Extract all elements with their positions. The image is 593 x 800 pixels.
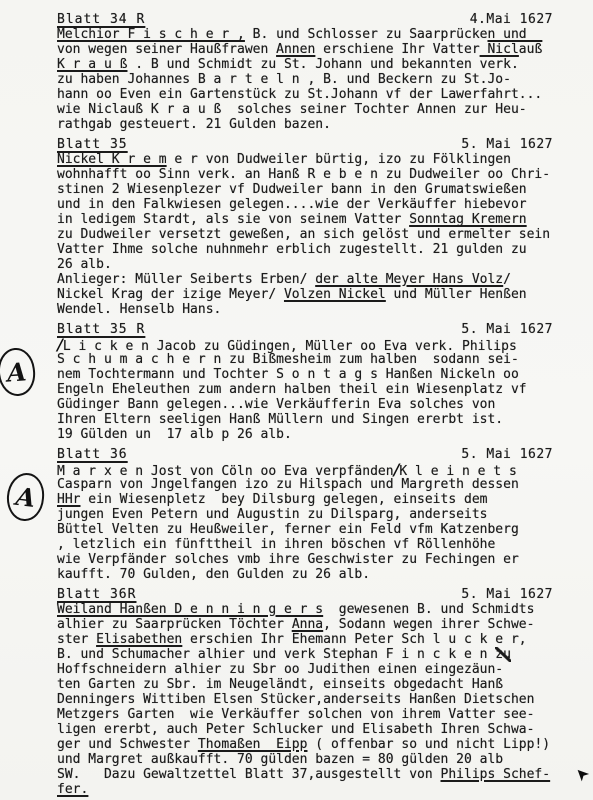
entry-line: wie Verpfänder solches vmb ihre Geschwis… xyxy=(57,552,553,567)
text-run: nem Tochtermann und Tochter S o n t a g … xyxy=(57,367,519,382)
text-run: / xyxy=(503,272,511,287)
text-run: 19 Gülden un 17 alb p 26 alb. xyxy=(57,427,292,442)
text-run: 26 alb. xyxy=(57,257,112,272)
text-run: Ihren Eltern seeligen Hanß Müllern und S… xyxy=(57,412,503,427)
text-run: sein xyxy=(511,227,550,242)
text-run: und Margret außkaufft. 70 gülden bazen =… xyxy=(57,752,503,767)
entry-line: Hoffschneidern alhier zu Sbr oo Judithen… xyxy=(57,662,553,677)
text-run: Volzen Nickel xyxy=(284,287,386,302)
entry-line: B. und Schumacher alhier und verk Stepha… xyxy=(57,647,553,662)
text-run: B. und Schumacher alhier und verk Stepha… xyxy=(57,647,495,662)
entry-line: Weiland Hanßen D e n n i n g e r s gewes… xyxy=(57,602,553,617)
text-run: Nickel Krag der izige Meyer/ xyxy=(57,287,284,302)
entry-line: kaufft. 70 Gulden, den Gulden zu 26 alb. xyxy=(57,567,553,582)
text-run: und Müller Henßen xyxy=(386,287,527,302)
text-run: Anlieger: Müller Seiberts Erben/ xyxy=(57,272,315,287)
entries: Blatt 34 R4.Mai 1627Melchior F i s c h e… xyxy=(57,12,553,800)
text-run: wie Verpfänder solches vmb ihre Geschwis… xyxy=(57,552,519,567)
entry-line: Denningers Wittiben Elsen Stücker,anders… xyxy=(57,692,553,707)
entry-date: 5. Mai 1627 xyxy=(461,447,553,462)
entry-date: 5. Mai 1627 xyxy=(461,587,553,602)
text-run: Vatter Ihme solche nuhnmehr erblich zuge… xyxy=(57,242,527,257)
register-entry: Blatt 36R5. Mai 1627Weiland Hanßen D e n… xyxy=(57,587,553,797)
entry-line: HHr ein Wiesenpletz bey Dilsburg gelegen… xyxy=(57,492,553,507)
scanned-register-page: Blatt 34 R4.Mai 1627Melchior F i s c h e… xyxy=(0,0,593,800)
text-run: Nickel K r e m xyxy=(57,152,167,167)
register-entry: Blatt 355. Mai 1627Nickel K r e m e r vo… xyxy=(57,137,553,317)
entry-line: 26 alb. xyxy=(57,257,553,272)
entry-heading: Blatt 34 R xyxy=(57,12,145,27)
handwritten-circled-a-mark-1: A xyxy=(0,346,38,398)
entry-line: in ledigem Stardt, als sie von seinem Va… xyxy=(57,212,553,227)
text-run: , Sodann wegen ihrer Schwe- xyxy=(323,617,534,632)
handwritten-arrow-icon: ➤ xyxy=(570,759,593,785)
entry-line: Engeln Eheleuthen zum andern halben thei… xyxy=(57,382,553,397)
register-entry: Blatt 365. Mai 1627M a r x e n Jost von … xyxy=(57,447,553,582)
entry-line: wohnhafft oo Sinn verk. an Hanß R e b e … xyxy=(57,167,553,182)
text-run: Annen xyxy=(276,42,315,57)
register-entry: Blatt 34 R4.Mai 1627Melchior F i s c h e… xyxy=(57,12,553,132)
text-run: Güdinger Bann gelegen...wie Verkäufferin… xyxy=(57,397,495,412)
entry-header: Blatt 35 R5. Mai 1627 xyxy=(57,322,553,337)
text-run: zu Dudweiler versetzt geweßen, an sich g… xyxy=(57,227,417,242)
text-run: Elisabethen xyxy=(96,632,182,647)
entry-heading: Blatt 36R xyxy=(57,587,136,602)
text-run: ger und Schwester xyxy=(57,737,198,752)
text-run: ligen ererbt, auch Peter Schlucker und E… xyxy=(57,722,534,737)
entry-line: Casparn von Jngelfangen izo zu Hilspach … xyxy=(57,477,553,492)
entry-line: S c h u m a c h e r n zu Bißmesheim zum … xyxy=(57,352,553,367)
entry-date: 4.Mai 1627 xyxy=(470,12,553,27)
text-run: SW. Dazu Gewaltzettel Blatt 37,ausgestel… xyxy=(57,767,441,782)
entry-line: nem Tochtermann und Tochter S o n t a g … xyxy=(57,367,553,382)
text-run: Anna xyxy=(292,617,323,632)
entry-line: Büttel Velten zu Heußweiler, ferner ein … xyxy=(57,522,553,537)
text-run: erschien Ihr Ehemann Peter Sch l u c k e… xyxy=(182,632,526,647)
entry-line: Nickel Krag der izige Meyer/ Volzen Nick… xyxy=(57,287,553,302)
text-run: Sonntag Kremern xyxy=(409,212,526,227)
text-run: zu xyxy=(495,647,511,662)
entry-line: rathgab gesteuert. 21 Gulden bazen. xyxy=(57,117,553,132)
entry-line: zu haben Johannes B a r t e l n , B. und… xyxy=(57,72,553,87)
text-run: K r a u ß xyxy=(57,57,127,72)
entry-heading: Blatt 35 R xyxy=(57,322,145,337)
entry-line: Güdinger Bann gelegen...wie Verkäufferin… xyxy=(57,397,553,412)
text-run: Weiland Hanßen D e n n i n g e r s xyxy=(57,602,323,617)
entry-line: ten Garten zu Sbr. im Neugeländt, einsei… xyxy=(57,677,553,692)
text-run: rathgab gesteuert. 21 Gulden bazen. xyxy=(57,117,331,132)
entry-line: Wendel. Henselb Hans. xyxy=(57,302,553,317)
text-run: gewesenen B. und Schmidts xyxy=(323,602,534,617)
text-run: , letzlich ein fünfttheil in ihren bösch… xyxy=(57,537,495,552)
text-run: stinen 2 Wiesenplezer vf Dudweiler bann … xyxy=(57,182,527,197)
entry-header: Blatt 36R5. Mai 1627 xyxy=(57,587,553,602)
entry-heading: Blatt 36 xyxy=(57,447,128,462)
text-run: . B und Schmidt zu St. Johann und bekann… xyxy=(127,57,479,72)
text-run: ten Garten zu Sbr. im Neugeländt, einsei… xyxy=(57,677,503,692)
entry-line: ligen ererbt, auch Peter Schlucker und E… xyxy=(57,722,553,737)
text-run: erschiene Ihr Vatter xyxy=(315,42,487,57)
text-run: wie Niclauß K r a u ß solches seiner Toc… xyxy=(57,102,527,117)
text-run: Niclauß xyxy=(487,42,542,57)
entry-line: jungen Even Petern und Augustin zu Dilsp… xyxy=(57,507,553,522)
text-run: kaufft. 70 Gulden, den Gulden zu 26 alb. xyxy=(57,567,370,582)
entry-line: ster Elisabethen erschien Ihr Ehemann Pe… xyxy=(57,632,553,647)
entry-line: hann oo Even ein Gartenstück zu St.Johan… xyxy=(57,87,553,102)
text-run: S c h u m a c h e r n zu Bißmesheim zum … xyxy=(57,352,519,367)
entry-line: fer. xyxy=(57,782,553,797)
entry-line: und Margret außkaufft. 70 gülden bazen =… xyxy=(57,752,553,767)
text-run: zu haben Johannes B a r t e l n , B. und… xyxy=(57,72,511,87)
text-run: HHr xyxy=(57,492,80,507)
text-run: alhier zu Saarprücken Töchter xyxy=(57,617,292,632)
entry-line: von wegen seiner Haußfrawen Annen erschi… xyxy=(57,42,553,57)
text-run: Casparn von Jngelfangen izo zu Hilspach … xyxy=(57,477,519,492)
entry-line: ger und Schwester Thomaßen Eipp ( offenb… xyxy=(57,737,553,752)
entry-line: Anlieger: Müller Seiberts Erben/ der alt… xyxy=(57,272,553,287)
entry-line: Ihren Eltern seeligen Hanß Müllern und S… xyxy=(57,412,553,427)
entry-heading: Blatt 35 xyxy=(57,137,128,152)
entry-line: wie Niclauß K r a u ß solches seiner Toc… xyxy=(57,102,553,117)
text-run: Büttel Velten zu Heußweiler, ferner ein … xyxy=(57,522,519,537)
text-run: fer. xyxy=(57,782,88,797)
entry-line: Melchior F i s c h e r , B. und Schlosse… xyxy=(57,27,553,42)
entry-header: Blatt 365. Mai 1627 xyxy=(57,447,553,462)
text-run: Melchior F i s c h e r , xyxy=(57,27,245,42)
text-run: B. und Schlosser zu Saarprücken und xyxy=(245,27,527,42)
text-run: Hoffschneidern alhier zu Sbr oo Judithen… xyxy=(57,662,503,677)
entry-line: zu Dudweiler versetzt geweßen, an sich g… xyxy=(57,227,553,242)
margin-mark-letter: A xyxy=(14,481,37,512)
entry-line: Nickel K r e m e r von Dudweiler bürtig,… xyxy=(57,152,553,167)
entry-line: /L i c k e n Jacob zu Güdingen, Müller o… xyxy=(57,337,553,352)
entry-line: 19 Gülden un 17 alb p 26 alb. xyxy=(57,427,553,442)
entry-line: alhier zu Saarprücken Töchter Anna, Soda… xyxy=(57,617,553,632)
text-run: der alte Meyer Hans Volz xyxy=(315,272,503,287)
entry-date: 5. Mai 1627 xyxy=(461,137,553,152)
text-run: wohnhafft oo Sinn verk. an Hanß R e b e … xyxy=(57,167,550,182)
entry-line: , letzlich ein fünfttheil in ihren bösch… xyxy=(57,537,553,552)
margin-mark-letter: A xyxy=(6,357,27,387)
text-run: Metzgers Garten wie Verkäuffer solchen v… xyxy=(57,707,534,722)
entry-line: und in den Falkwiesen gelegen....wie der… xyxy=(57,197,553,212)
text-run: ster xyxy=(57,632,96,647)
text-run: und ermelter xyxy=(417,227,511,242)
entry-header: Blatt 355. Mai 1627 xyxy=(57,137,553,152)
text-run: e r von Dudweiler bürtig, izo zu Fölklin… xyxy=(167,152,511,167)
text-run: ( offenbar so und nicht Lipp!) xyxy=(307,737,550,752)
text-run: und in den Falkwiesen gelegen....wie der… xyxy=(57,197,527,212)
entry-line: Vatter Ihme solche nuhnmehr erblich zuge… xyxy=(57,242,553,257)
entry-line: M a r x e n Jost von Cöln oo Eva verpfän… xyxy=(57,462,553,477)
text-run: verk. xyxy=(480,57,519,72)
register-entry: Blatt 35 R5. Mai 1627/L i c k e n Jacob … xyxy=(57,322,553,442)
text-run: ein Wiesenpletz bey Dilsburg gelegen, ei… xyxy=(80,492,487,507)
text-run: Philips Schef- xyxy=(441,767,551,782)
entry-header: Blatt 34 R4.Mai 1627 xyxy=(57,12,553,27)
text-run: Wendel. Henselb Hans. xyxy=(57,302,221,317)
text-run: Thomaßen Eipp xyxy=(198,737,308,752)
text-run: Engeln Eheleuthen zum andern halben thei… xyxy=(57,382,527,397)
text-run: jungen Even Petern und Augustin zu Dilsp… xyxy=(57,507,487,522)
entry-line: SW. Dazu Gewaltzettel Blatt 37,ausgestel… xyxy=(57,767,553,782)
entry-line: stinen 2 Wiesenplezer vf Dudweiler bann … xyxy=(57,182,553,197)
entry-line: Metzgers Garten wie Verkäuffer solchen v… xyxy=(57,707,553,722)
handwritten-circled-a-mark-2: A xyxy=(5,472,45,522)
entry-line: K r a u ß . B und Schmidt zu St. Johann … xyxy=(57,57,553,72)
text-run: in ledigem Stardt, als sie von seinem Va… xyxy=(57,212,409,227)
text-run: von wegen seiner Haußfrawen xyxy=(57,42,276,57)
text-run: hann oo Even ein Gartenstück zu St.Johan… xyxy=(57,87,542,102)
entry-date: 5. Mai 1627 xyxy=(461,322,553,337)
text-run: Denningers Wittiben Elsen Stücker,anders… xyxy=(57,692,534,707)
